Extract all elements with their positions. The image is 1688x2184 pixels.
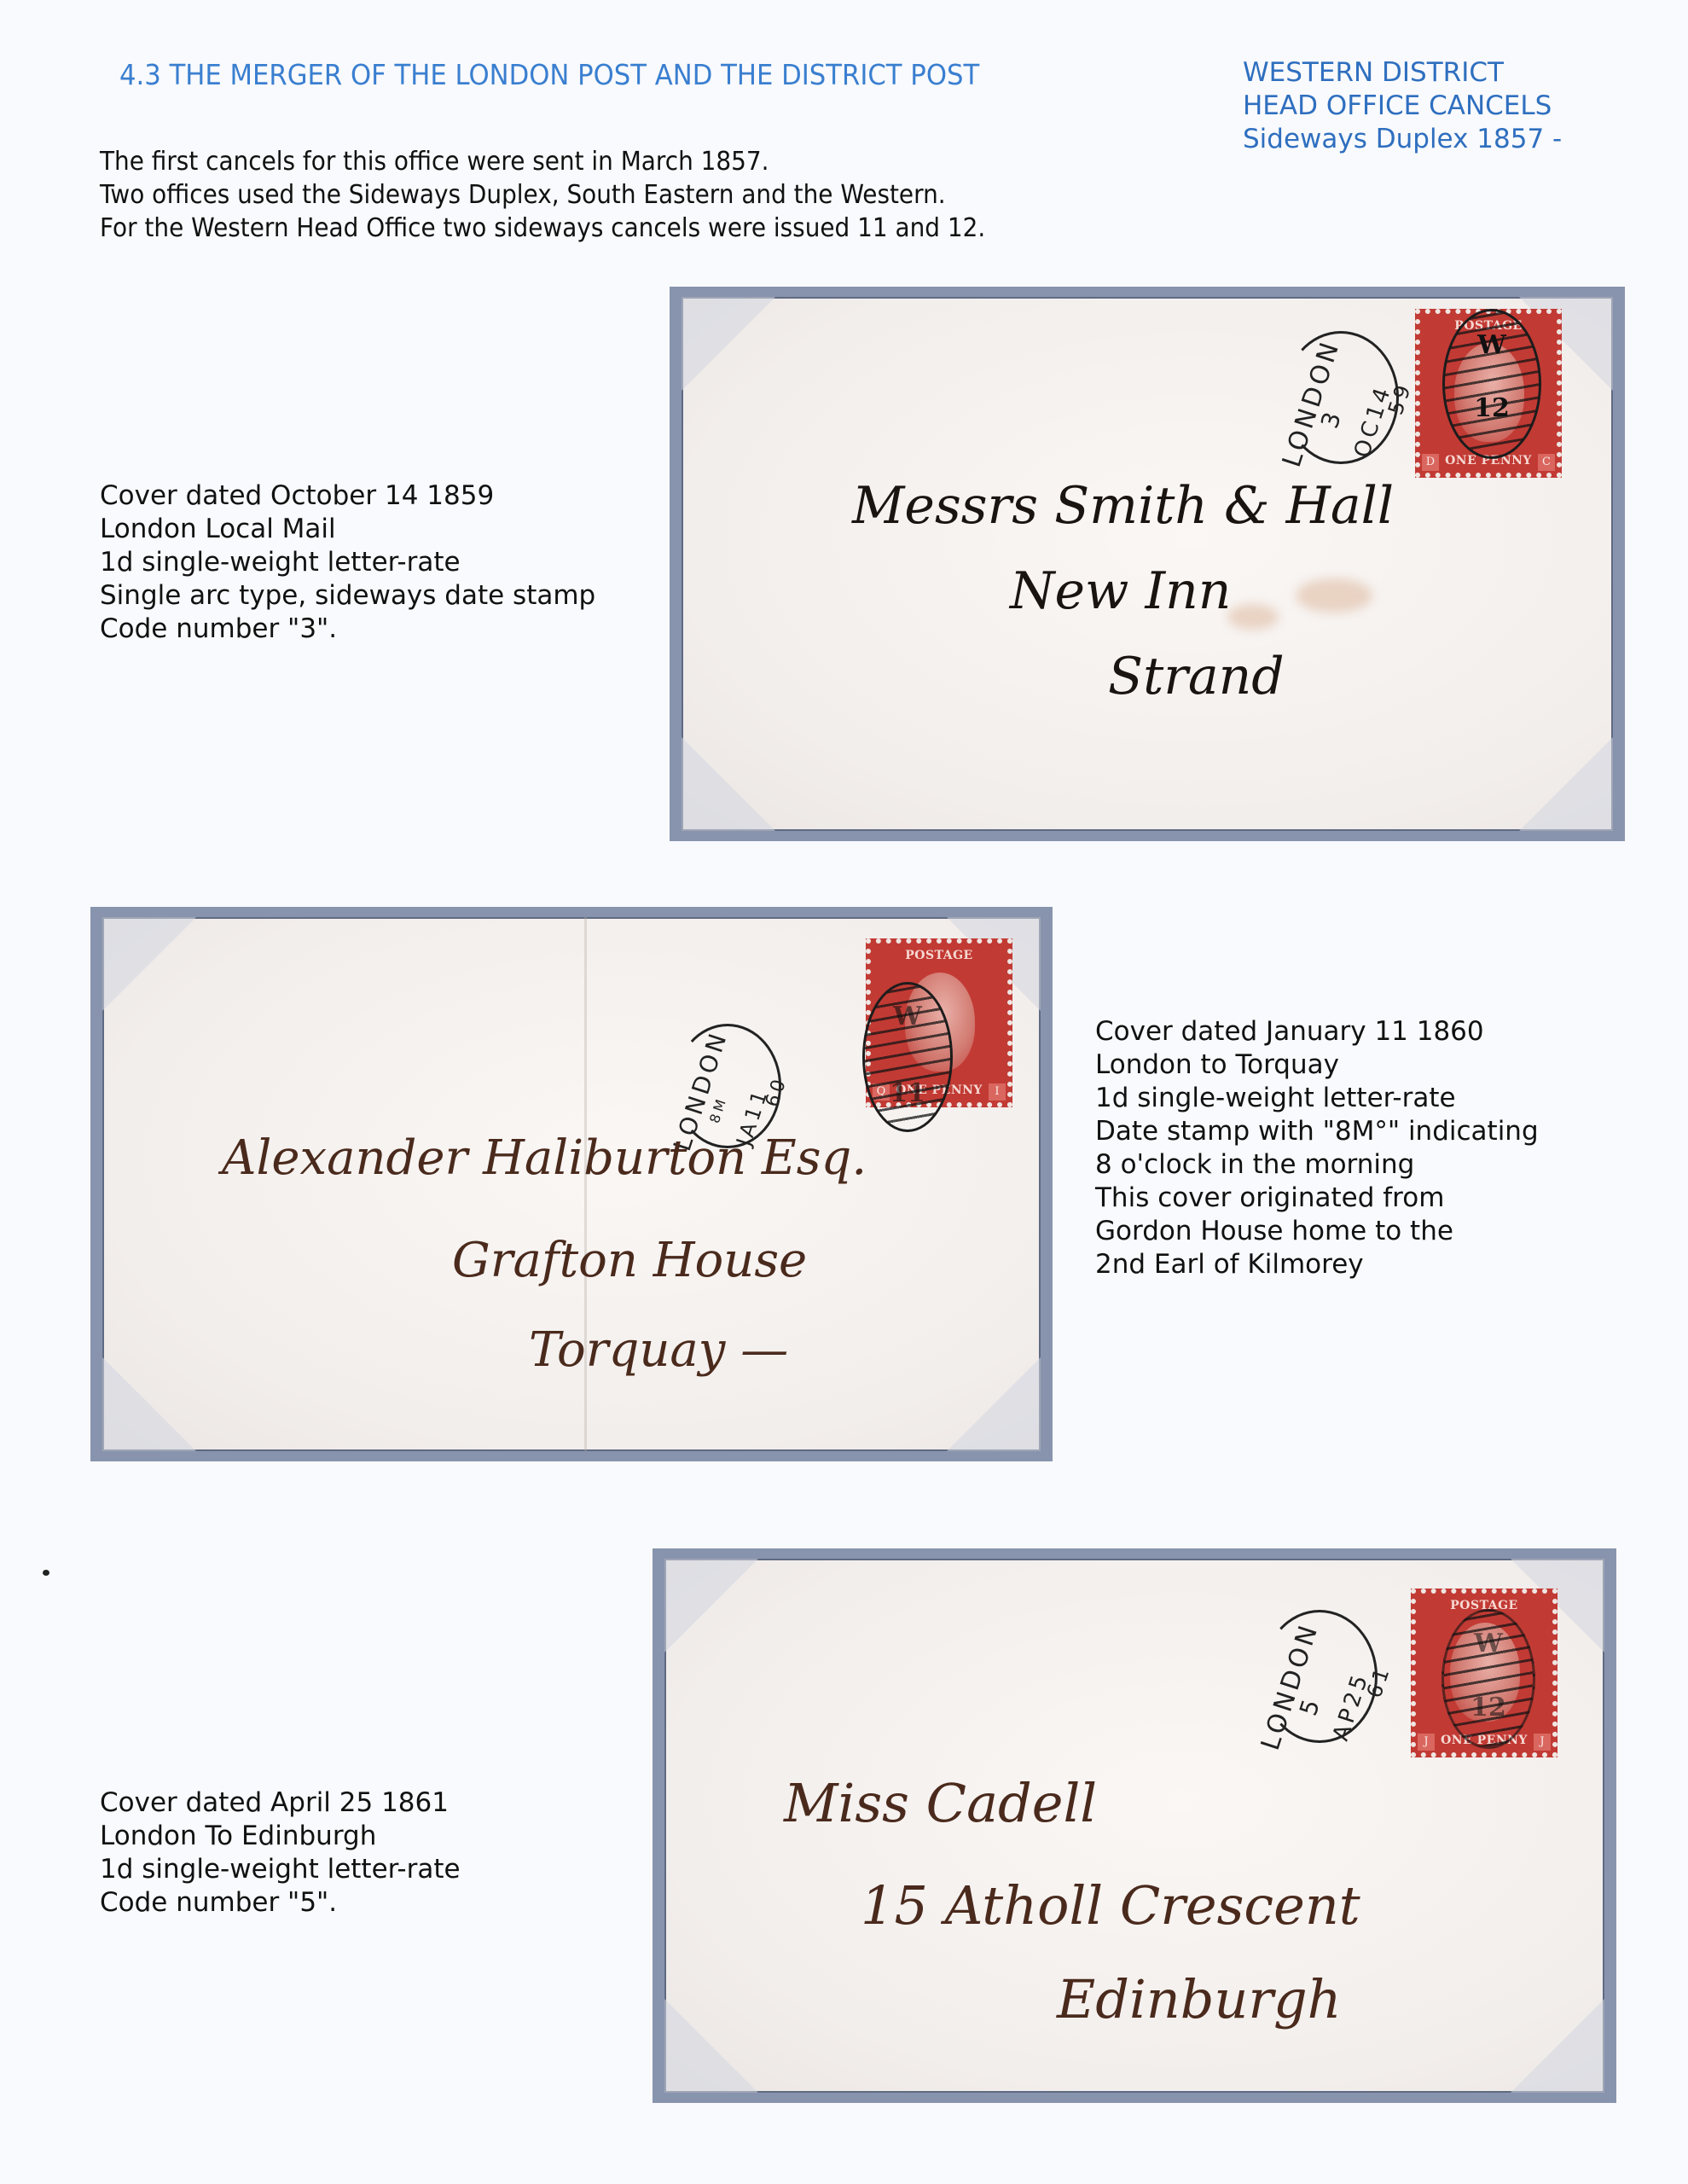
page-title: 4.3 THE MERGER OF THE LONDON POST AND TH…	[119, 58, 979, 91]
address-line: Grafton House	[452, 1233, 807, 1288]
foxing-stain	[1227, 604, 1279, 630]
description-line: This cover originated from	[1095, 1182, 1539, 1215]
description-line: 1d single-weight letter-rate	[100, 546, 595, 579]
cover-3-mount: LONDON 5 AP25 61 POSTAGE J J ONE PENNY W…	[653, 1548, 1616, 2103]
description-line: London Local Mail	[100, 513, 595, 546]
address-line: 15 Atholl Crescent	[861, 1874, 1360, 1937]
description-line: Single arc type, sideways date stamp	[100, 579, 595, 613]
description-line: Cover dated January 11 1860	[1095, 1015, 1539, 1048]
cover-2: LONDON 8M JA11 60 POSTAGE Q I ONE PENNY …	[102, 917, 1041, 1451]
cover-1-obliterator: W 12	[1442, 309, 1541, 459]
intro-line: The first cancels for this office were s…	[100, 145, 985, 178]
intro-line: Two offices used the Sideways Duplex, So…	[100, 178, 985, 212]
address-line: Miss Cadell	[784, 1772, 1097, 1834]
description-line: Gordon House home to the	[1095, 1215, 1539, 1248]
cover-3-datestamp: LONDON 5 AP25 61	[1262, 1610, 1378, 1743]
cover-1-datestamp: LONDON 3 OC14 59	[1283, 331, 1399, 464]
cover-3: LONDON 5 AP25 61 POSTAGE J J ONE PENNY W…	[664, 1559, 1604, 2093]
cover-3-obliterator: W 12	[1441, 1609, 1535, 1749]
section-heading-line: Sideways Duplex 1857 -	[1243, 123, 1562, 156]
cover-3-stamp: POSTAGE J J ONE PENNY W 12	[1411, 1589, 1557, 1757]
ink-speck	[43, 1570, 49, 1576]
address-line: Strand	[1108, 647, 1285, 706]
cover-2-obliterator: W 11	[862, 982, 953, 1132]
section-heading-line: HEAD OFFICE CANCELS	[1243, 90, 1562, 123]
cover-3-description: Cover dated April 25 1861 London To Edin…	[100, 1786, 461, 1920]
cover-2-description: Cover dated January 11 1860 London to To…	[1095, 1015, 1539, 1281]
cover-1-stamp: POSTAGE D C ONE PENNY W 12	[1415, 309, 1562, 478]
cover-1-mount: LONDON 3 OC14 59 POSTAGE D C ONE PENNY W…	[670, 287, 1625, 841]
description-line: 2nd Earl of Kilmorey	[1095, 1248, 1539, 1281]
cover-1: LONDON 3 OC14 59 POSTAGE D C ONE PENNY W…	[682, 297, 1613, 831]
obliterator-number: 12	[1444, 1693, 1533, 1722]
section-heading-line: WESTERN DISTRICT	[1243, 56, 1562, 90]
cover-2-stamp: POSTAGE Q I ONE PENNY W 11	[866, 938, 1012, 1107]
description-line: Cover dated October 14 1859	[100, 479, 595, 513]
description-line: Code number "5".	[100, 1886, 461, 1920]
obliterator-letter: W	[1445, 330, 1539, 360]
address-line: Edinburgh	[1057, 1968, 1342, 2030]
description-line: 1d single-weight letter-rate	[1095, 1082, 1539, 1115]
obliterator-letter: W	[865, 1002, 950, 1031]
intro-line: For the Western Head Office two sideways…	[100, 212, 985, 245]
datestamp-code: 3	[1315, 405, 1348, 432]
stamp-postage-label: POSTAGE	[871, 949, 1007, 962]
foxing-stain	[1296, 578, 1372, 613]
section-heading: WESTERN DISTRICT HEAD OFFICE CANCELS Sid…	[1243, 56, 1562, 156]
address-line: Alexander Haliburton Esq.	[222, 1130, 867, 1186]
obliterator-number: 12	[1445, 393, 1539, 423]
address-line: Messrs Smith & Hall	[852, 476, 1394, 536]
obliterator-letter: W	[1444, 1629, 1533, 1658]
description-line: Code number "3".	[100, 613, 595, 646]
address-line: New Inn	[1010, 561, 1231, 621]
intro-text: The first cancels for this office were s…	[100, 145, 985, 245]
description-line: 1d single-weight letter-rate	[100, 1853, 461, 1886]
description-line: 8 o'clock in the morning	[1095, 1148, 1539, 1182]
datestamp-code: 5	[1294, 1693, 1326, 1719]
obliterator-number: 11	[865, 1078, 950, 1108]
description-line: Cover dated April 25 1861	[100, 1786, 461, 1820]
description-line: London To Edinburgh	[100, 1820, 461, 1853]
description-line: London to Torquay	[1095, 1048, 1539, 1082]
address-line: Torquay —	[529, 1322, 788, 1378]
cover-1-description: Cover dated October 14 1859 London Local…	[100, 479, 595, 646]
cover-2-mount: LONDON 8M JA11 60 POSTAGE Q I ONE PENNY …	[90, 907, 1053, 1461]
description-line: Date stamp with "8M°" indicating	[1095, 1115, 1539, 1148]
